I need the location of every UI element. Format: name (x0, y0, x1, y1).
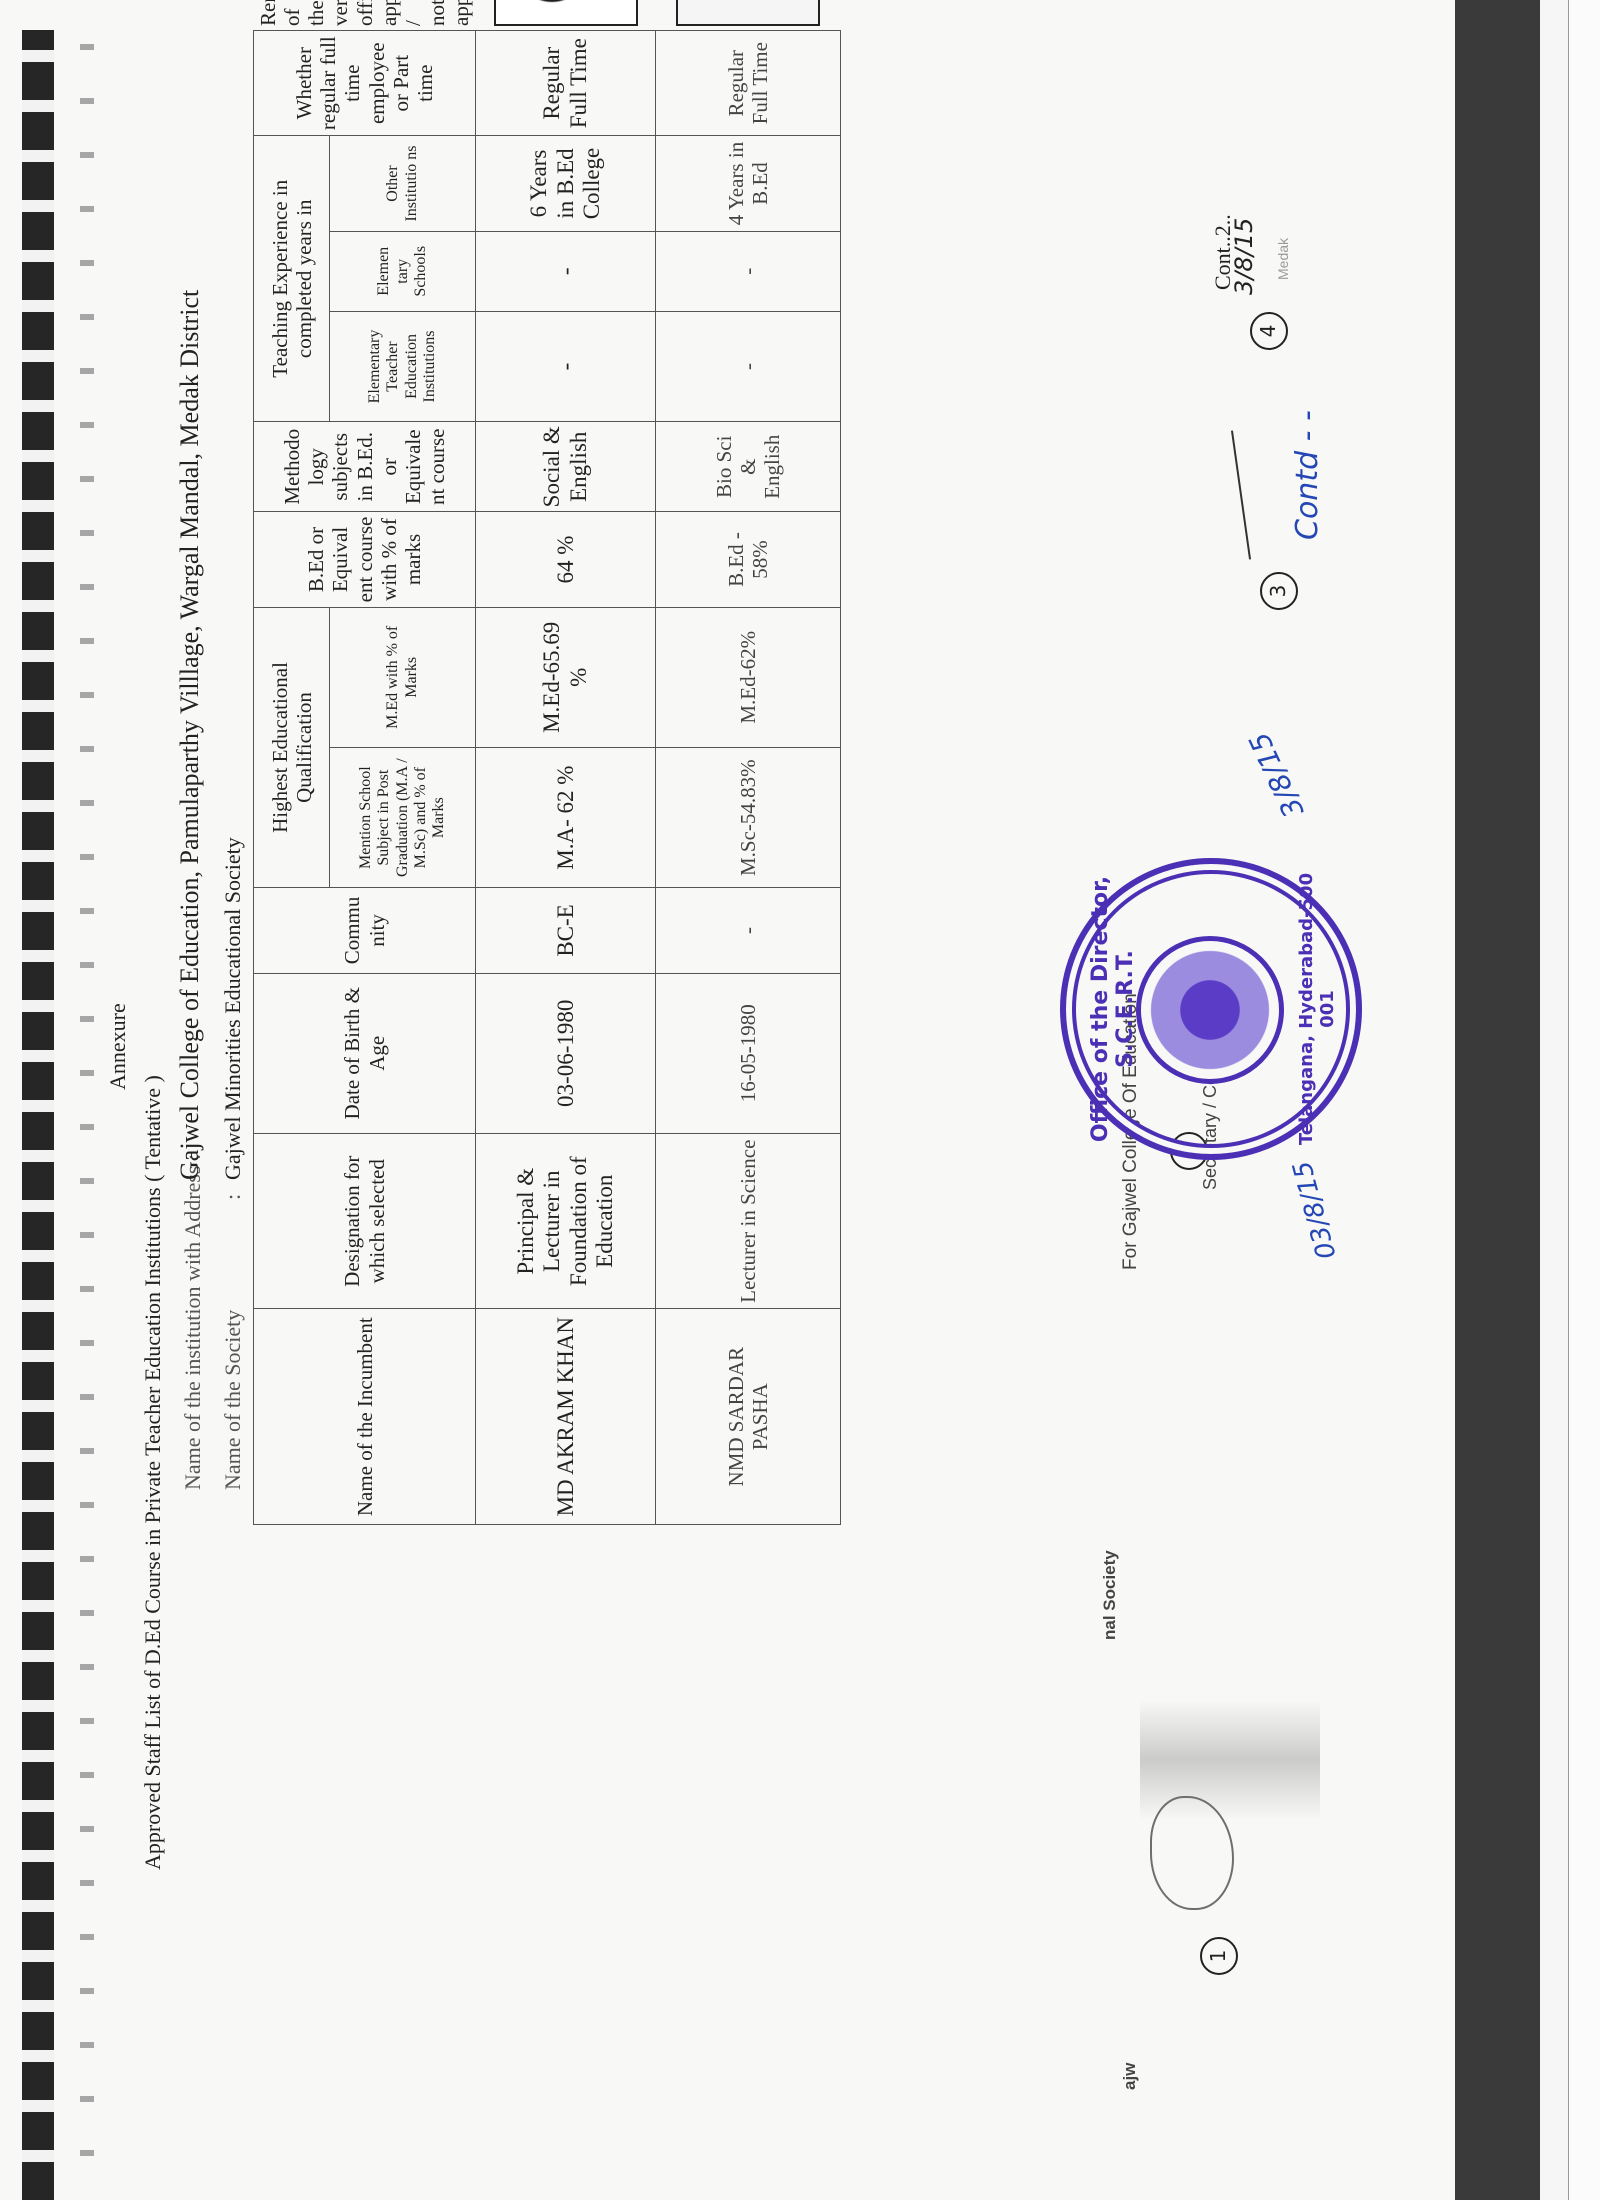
header-exp-ete: Elementary Teacher Education Institution… (330, 311, 476, 421)
header-bed: B.Ed or Equival ent course with % of mar… (254, 512, 476, 607)
scanned-document-page: Annexure Approved Staff List of D.Ed Cou… (0, 0, 1600, 2200)
header-med: M.Ed with % of Marks (330, 607, 476, 747)
cell-med: M.Ed-62% (656, 607, 841, 747)
cell-designation: Lecturer in Science (656, 1133, 841, 1308)
header-highest-qualification: Highest Educational Qualification (254, 607, 330, 888)
cell-employment: Regular Full Time (656, 31, 841, 136)
society-stamp-text: nal Society (1100, 1550, 1120, 1640)
cell-exp-elementary: - (476, 231, 656, 311)
header-name: Name of the Incumbent (254, 1309, 476, 1525)
cell-med: M.Ed-65.69 % (476, 607, 656, 747)
stamp-emblem (1136, 936, 1284, 1084)
handwritten-contd: Contd - - (1290, 410, 1325, 540)
cell-methodology: Bio Sci & English (656, 422, 841, 512)
cell-dob: 16-05-1980 (656, 973, 841, 1133)
cell-designation: Principal & Lecturer in Foundation of Ed… (476, 1133, 656, 1308)
header-pg: Mention School Subject in Post Graduatio… (330, 747, 476, 887)
signature-number-1: 1 (1200, 1937, 1238, 1975)
header-employment: Whether regular full time employee or Pa… (254, 31, 476, 136)
continuation-marker: Cont..2.. (1210, 214, 1236, 290)
passport-photo (494, 0, 638, 26)
cell-community: - (656, 888, 841, 973)
blue-signature-date-1: 03/8/15 (1288, 1158, 1343, 1263)
annexure-heading: Annexure (105, 1003, 131, 1090)
stamp-text-bottom: Telangana, Hyderabad-500 001 (1296, 864, 1338, 1154)
header-teaching-experience: Teaching Experience in completed years i… (254, 136, 330, 422)
cell-exp-other: 4 Years in B.Ed (656, 136, 841, 231)
cell-employment: Regular Full Time (476, 31, 656, 136)
scan-edge (1568, 0, 1600, 2200)
scan-edge-dark-strip (1455, 0, 1540, 2200)
cell-name: NMD SARDAR PASHA (656, 1309, 841, 1525)
signature-number-3: 3 (1260, 572, 1298, 610)
cell-name: MD AKRAM KHAN (476, 1309, 656, 1525)
signature-3-stroke (1231, 430, 1251, 559)
header-exp-elementary: Elemen tary Schools (330, 231, 476, 311)
cell-exp-other: 6 Years in B.Ed College (476, 136, 656, 231)
cell-community: BC-E (476, 888, 656, 973)
cell-exp-elementary: - (656, 231, 841, 311)
header-dob: Date of Birth & Age (254, 973, 476, 1133)
cell-bed: B.Ed - 58% (656, 512, 841, 607)
header-designation: Designation for which selected (254, 1133, 476, 1308)
institution-value: Gajwel College of Education, Pamulaparth… (175, 290, 205, 1180)
fold-shadow (1140, 1700, 1320, 1820)
spiral-binding (22, 30, 54, 2200)
society-stamp-left: ajw (1120, 2063, 1140, 2090)
signature-4-place: Medak (1275, 238, 1291, 280)
cell-pg: M.Sc-54.83% (656, 747, 841, 887)
cell-dob: 03-06-1980 (476, 973, 656, 1133)
scan-edge-margin (1540, 0, 1568, 2200)
header-community: Commu nity (254, 888, 476, 973)
passport-photo (676, 0, 820, 26)
blue-signature-date-2: 3/8/15 (1243, 727, 1311, 823)
cell-exp-ete: - (476, 311, 656, 421)
scert-stamp: Office of the Director, S.C.E.R.T. Telan… (1060, 858, 1362, 1160)
table-row: MD AKRAM KHAN Principal & Lecturer in Fo… (476, 31, 656, 1525)
cell-bed: 64 % (476, 512, 656, 607)
society-colon: : (220, 1194, 246, 1200)
cell-exp-ete: - (656, 311, 841, 421)
cell-methodology: Social & English (476, 422, 656, 512)
staff-table: Name of the Incumbent Designation for wh… (253, 30, 841, 1525)
society-label: Name of the Society (220, 1310, 246, 1490)
table-row: NMD SARDAR PASHA Lecturer in Science 16-… (656, 31, 841, 1525)
document-title: Approved Staff List of D.Ed Course in Pr… (140, 1075, 166, 1870)
header-methodology: Methodo logy subjects in B.Ed. or Equiva… (254, 422, 476, 512)
table-header-row: Name of the Incumbent Designation for wh… (254, 31, 330, 1525)
binding-hole-marks (80, 30, 94, 2200)
institution-label: Name of the institution with Address : (180, 1154, 206, 1490)
society-value: Gajwel Minorities Educational Society (220, 837, 246, 1180)
header-exp-other: Other Institutio ns (330, 136, 476, 231)
signature-number-4: 4 (1250, 312, 1288, 350)
stamp-text-top: Office of the Director, S.C.E.R.T. (1088, 864, 1138, 1154)
cell-pg: M.A- 62 % (476, 747, 656, 887)
